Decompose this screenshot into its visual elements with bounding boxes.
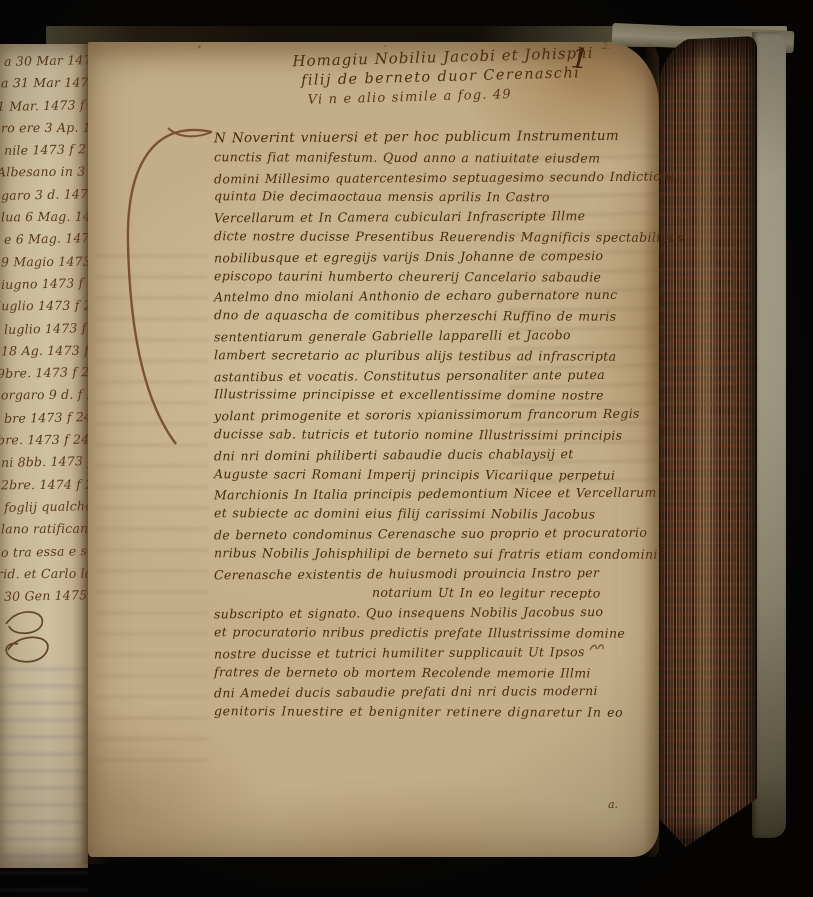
manuscript-text-line: fratres de berneto ob mortem Recolende m… (214, 662, 662, 683)
rubric-header: Homagiu Nobiliu Jacobi et Johisphi filij… (292, 44, 595, 108)
margin-note: a 31 Mar 1473 f 2 (1, 72, 92, 95)
manuscript-page: Homagiu Nobiliu Jacobi et Johisphi filij… (88, 42, 659, 857)
margin-note: 9 Magio 1473 f 2. (1, 250, 92, 273)
manuscript-text-line: cunctis fiat manifestum. Quod anno a nat… (214, 147, 662, 168)
corner-note: 2. (602, 42, 611, 52)
manuscript-text-line: lambert secretario ac pluribus alijs tes… (214, 345, 662, 366)
manuscript-text-line: Marchionis In Italia principis pedemonti… (214, 483, 662, 506)
manuscript-text-line: yolant primogenite et sororis xpianissim… (214, 404, 662, 427)
manuscript-text-line: dni nri domini philiberti sabaudie ducis… (214, 443, 662, 466)
manuscript-text-line: genitoris Inuestire et benigniter retine… (214, 701, 662, 722)
header-line-3: Vi n e alio simile a fog. 49 (307, 85, 594, 108)
margin-note: a 30 Mar 1473 f 2 (4, 49, 92, 73)
manuscript-text-line: episcopo taurini humberto cheurerij Canc… (214, 266, 662, 287)
manuscript-text-line: et subiecte ac domini eius filij carissi… (214, 503, 662, 524)
manuscript-text-line: domini Millesimo quatercentesimo septuag… (214, 166, 662, 189)
margin-note: o tra essa e suoi (1, 540, 92, 564)
manuscript-text-line: subscripto et signato. Quo insequens Nob… (214, 602, 662, 625)
margin-note: rid. et Carlo ld (0, 562, 92, 585)
manuscript-text-line: nribus Nobilis Johisphilipi de berneto s… (214, 543, 662, 564)
folio-number: 1 (570, 41, 591, 75)
manuscript-text-line: Auguste sacri Romani Imperij principis V… (214, 464, 662, 485)
margin-register: a 30 Mar 1473 f 2a 31 Mar 1473 f 21 Mar.… (0, 50, 92, 607)
initial-flourish (118, 120, 222, 454)
margin-note: Albesano in 3 d. f 2. (0, 161, 92, 184)
manuscript-photograph: a 30 Mar 1473 f 2a 31 Mar 1473 f 21 Mar.… (0, 0, 813, 897)
margin-note: ni 8bb. 1473 f. 24 (1, 450, 92, 474)
margin-note: foglij qualche (4, 495, 92, 519)
manuscript-text-line: N Noverint vniuersi et per hoc publicum … (214, 127, 662, 150)
margin-note: 9bre. 1473 f 23 (0, 361, 92, 385)
manuscript-text-line: Vercellarum et In Camera cubiculari Infr… (214, 206, 662, 229)
manuscript-text-line: de berneto condominus Cerenasche suo pro… (214, 523, 662, 546)
margin-note: 18 Ag. 1473 f 23 (1, 340, 92, 363)
margin-note: e 6 Mag. 1473 f 2. (4, 227, 92, 251)
margin-note: bre. 1473 f 24 (0, 429, 92, 452)
manuscript-text-line: astantibus et vocatis. Constitutus perso… (214, 364, 662, 387)
margin-scribble (588, 640, 606, 654)
margin-note: lano ratificansi (1, 518, 92, 541)
manuscript-text-line: Illustrissime principisse et excellentis… (214, 385, 662, 406)
margin-note: 1 Mar. 1473 f 21 (0, 94, 92, 118)
manuscript-text-line: dno de aquascha de comitibus pherzeschi … (214, 305, 662, 326)
margin-note: lua 6 Mag. 1473 f 2. (1, 206, 92, 229)
previous-page-edge: a 30 Mar 1473 f 2a 31 Mar 1473 f 21 Mar.… (0, 44, 88, 868)
manuscript-text-line: dicte nostre ducisse Presentibus Reueren… (214, 226, 662, 247)
manuscript-text-line: quinta Die decimaoctaua mensis aprilis I… (214, 187, 662, 208)
manuscript-body: N Noverint vniuersi et per hoc publicum … (214, 128, 662, 722)
margin-note: garo 3 d. 1473 f 2. (1, 183, 92, 207)
margin-note: nile 1473 f 2 (4, 138, 92, 162)
manuscript-text-line: Antelmo dno miolani Anthonio de echaro g… (214, 285, 662, 308)
manuscript-text-line: ducisse sab. tutricis et tutorio nomine … (214, 424, 662, 445)
manuscript-text-line: nobilibusque et egregijs varijs Dnis Joh… (214, 245, 662, 268)
manuscript-text-line: notarium Ut In eo legitur recepto (214, 583, 662, 604)
margin-note: orgaro 9 d. f 23 (1, 384, 92, 407)
fore-edge-page-stack (655, 36, 757, 847)
margin-note: ro ere 3 Ap. 1473 f 2 (1, 117, 92, 140)
margin-note: iugno 1473 f 2. (1, 272, 92, 296)
margin-note: luglio 1473 f 23 (4, 317, 92, 341)
margin-note: bre 1473 f 24 (4, 406, 92, 430)
margin-note: luglio 1473 f 2. (0, 295, 92, 318)
bleed-through-text-ghost (0, 666, 88, 892)
bottom-corner-mark: a. (608, 798, 618, 811)
flourish-doodle (0, 604, 64, 672)
margin-note: 2bre. 1474 f 24 (1, 473, 92, 496)
cover-board-right-edge (752, 32, 786, 838)
manuscript-text-line: Cerenasche existentis de huiusmodi proui… (214, 562, 662, 585)
manuscript-text-line: dni Amedei ducis sabaudie prefati dni nr… (214, 681, 662, 704)
manuscript-text-line: sententiarum generale Gabrielle lapparel… (214, 325, 662, 348)
